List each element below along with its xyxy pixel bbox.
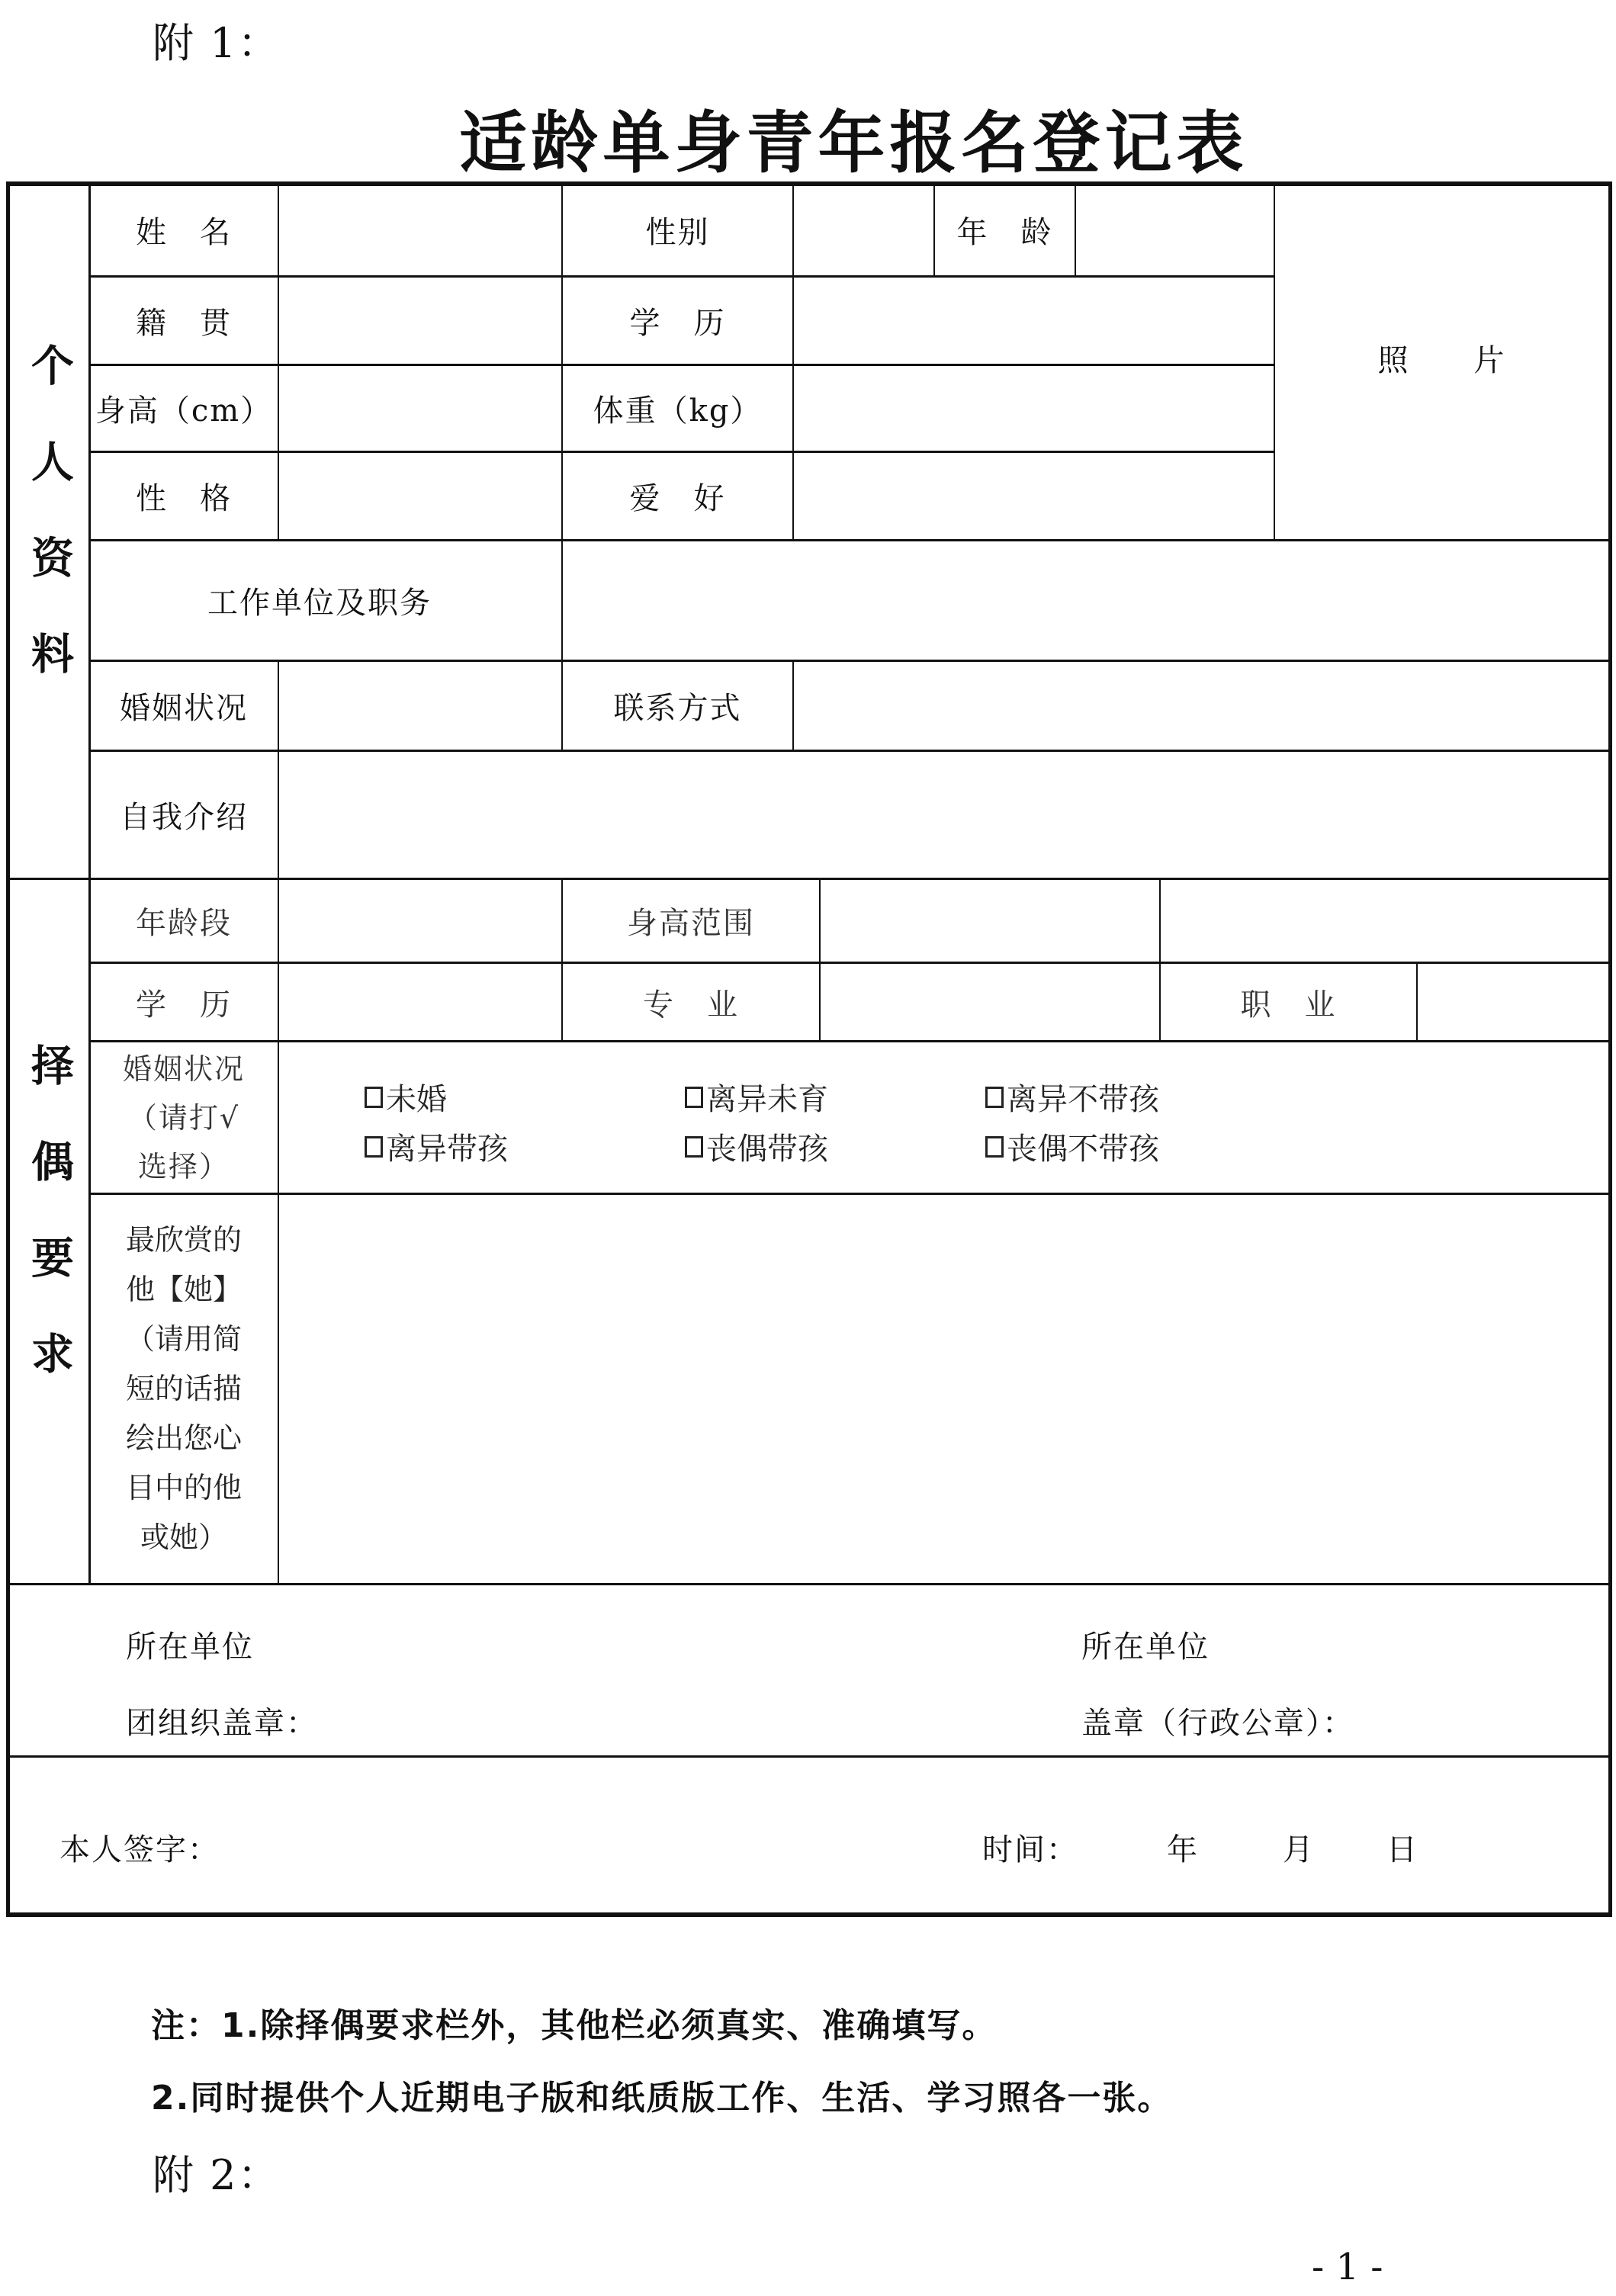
name-field[interactable] — [279, 184, 561, 276]
pref-height-range-field[interactable] — [821, 880, 1159, 962]
personality-label: 性 格 — [89, 453, 278, 539]
education-field[interactable] — [794, 278, 1274, 364]
hobby-label: 爱 好 — [563, 453, 792, 539]
native-place-field[interactable] — [279, 278, 561, 364]
stamp-left-line1: 所在单位 — [126, 1623, 254, 1666]
pref-ideal-label-line: （请用简 — [126, 1315, 242, 1364]
marital-status-label: 婚姻状况 — [89, 662, 278, 750]
option-label: 离异未育 — [706, 1075, 828, 1119]
work-label: 工作单位及职务 — [89, 541, 561, 660]
checkbox-icon[interactable] — [365, 1136, 383, 1158]
age-label: 年 龄 — [935, 184, 1075, 276]
contact-label: 联系方式 — [563, 662, 792, 750]
form-title: 适龄单身青年报名登记表 — [0, 90, 1616, 186]
native-place-label: 籍 贯 — [89, 278, 278, 364]
note-2: 2.同时提供个人近期电子版和纸质版工作、生活、学习照各一张。 — [151, 2070, 1172, 2119]
pref-major-field[interactable] — [821, 964, 1159, 1040]
pref-marital-label-line: 选择） — [138, 1142, 230, 1191]
name-label: 姓 名 — [89, 184, 278, 276]
signature-label: 本人签字： — [59, 1826, 220, 1869]
weight-label: 体重（kg） — [563, 366, 792, 451]
date-month-label: 月 — [1283, 1826, 1315, 1869]
stamp-right-line1: 所在单位 — [1081, 1623, 1210, 1666]
pref-ideal-label: 最欣赏的 他【她】 （请用简 短的话描 绘出您心 目中的他 或她） — [89, 1195, 278, 1583]
height-label: 身高（cm） — [89, 366, 278, 451]
pref-marital-label: 婚姻状况 （请打√ 选择） — [89, 1042, 278, 1193]
section-personal-text: 个人资料 — [0, 343, 99, 727]
self-intro-label: 自我介绍 — [89, 752, 278, 878]
date-year-label: 年 — [1167, 1826, 1199, 1869]
option-divorced-with-child[interactable]: 离异带孩 — [365, 1125, 508, 1168]
checkbox-icon[interactable] — [365, 1087, 383, 1108]
date-label: 时间： — [982, 1826, 1078, 1869]
section-preference-label: 择偶要求 — [10, 1014, 89, 1456]
option-unmarried[interactable]: 未婚 — [365, 1075, 447, 1119]
checkbox-icon[interactable] — [685, 1136, 703, 1158]
pref-marital-label-line: （请打√ — [128, 1093, 239, 1142]
option-label: 离异带孩 — [386, 1125, 508, 1168]
pref-age-range-field[interactable] — [279, 880, 561, 962]
checkbox-icon[interactable] — [985, 1136, 1004, 1158]
gender-field[interactable] — [794, 184, 933, 276]
pref-occupation-field[interactable] — [1418, 964, 1608, 1040]
checkbox-icon[interactable] — [685, 1087, 703, 1108]
photo-placeholder[interactable]: 照 片 — [1275, 184, 1608, 540]
pref-occupation-label: 职 业 — [1161, 964, 1416, 1040]
hobby-field[interactable] — [794, 453, 1274, 539]
option-divorced-child-not-living[interactable]: 离异不带孩 — [985, 1075, 1159, 1119]
marital-status-field[interactable] — [279, 662, 561, 750]
section-personal-label: 个人资料 — [10, 276, 89, 795]
age-field[interactable] — [1076, 184, 1274, 276]
annex-1-label: 附 1： — [153, 11, 281, 69]
option-label: 丧偶不带孩 — [1007, 1125, 1159, 1168]
education-label: 学 历 — [563, 278, 792, 364]
contact-field[interactable] — [794, 662, 1608, 750]
option-divorced-no-child[interactable]: 离异未育 — [685, 1075, 828, 1119]
pref-age-range-label: 年龄段 — [89, 880, 278, 962]
option-label: 离异不带孩 — [1007, 1075, 1159, 1119]
stamp-right-line2: 盖章（行政公章）： — [1081, 1699, 1354, 1742]
pref-height-range-extra-field[interactable] — [1161, 880, 1608, 962]
gender-label: 性别 — [563, 184, 792, 276]
height-field[interactable] — [279, 366, 561, 451]
option-widowed-no-child[interactable]: 丧偶不带孩 — [985, 1125, 1159, 1168]
signature-field[interactable] — [259, 1815, 869, 1868]
pref-marital-label-line: 婚姻状况 — [123, 1045, 245, 1093]
page-number: - 1 - — [1312, 2246, 1383, 2288]
pref-ideal-label-line: 绘出您心 — [126, 1414, 242, 1463]
pref-ideal-label-line: 目中的他 — [126, 1463, 242, 1513]
work-field[interactable] — [563, 541, 1608, 660]
option-widowed-with-child[interactable]: 丧偶带孩 — [685, 1125, 828, 1168]
pref-ideal-field[interactable] — [279, 1195, 1608, 1583]
pref-ideal-label-line: 他【她】 — [126, 1265, 242, 1315]
weight-field[interactable] — [794, 366, 1274, 451]
option-label: 未婚 — [386, 1075, 447, 1119]
date-day-label: 日 — [1386, 1826, 1418, 1869]
annex-2-label: 附 2： — [153, 2143, 281, 2201]
pref-ideal-label-line: 或她） — [140, 1513, 227, 1562]
pref-education-label: 学 历 — [89, 964, 278, 1040]
note-1: 注：1.除择偶要求栏外，其他栏必须真实、准确填写。 — [151, 1998, 997, 2047]
pref-education-field[interactable] — [279, 964, 561, 1040]
pref-ideal-label-line: 最欣赏的 — [126, 1215, 242, 1265]
checkbox-icon[interactable] — [985, 1087, 1004, 1108]
pref-ideal-label-line: 短的话描 — [126, 1364, 242, 1414]
pref-major-label: 专 业 — [563, 964, 819, 1040]
option-label: 丧偶带孩 — [706, 1125, 828, 1168]
pref-height-range-label: 身高范围 — [563, 880, 819, 962]
personality-field[interactable] — [279, 453, 561, 539]
stamp-left-line2: 团组织盖章： — [126, 1699, 318, 1742]
section-preference-text: 择偶要求 — [0, 1043, 99, 1427]
self-intro-field[interactable] — [279, 752, 1608, 878]
